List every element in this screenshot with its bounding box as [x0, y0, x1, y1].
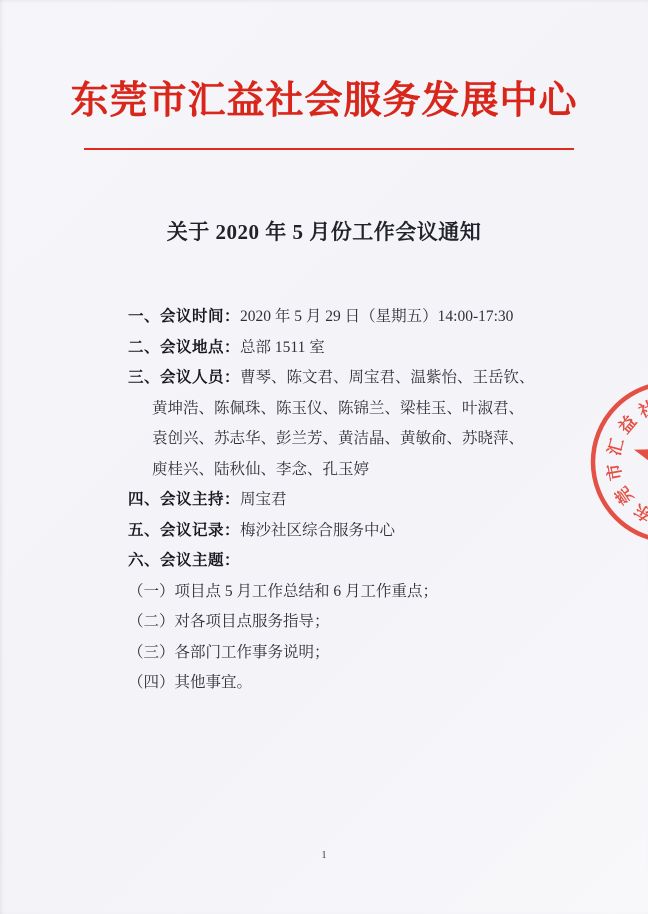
letterhead-org-name: 东莞市汇益社会服务发展中心	[0, 82, 648, 120]
attendees-continuation: 黄坤浩、陈佩珠、陈玉仪、陈锦兰、梁桂玉、叶淑君、	[128, 394, 568, 425]
seal-char: 东	[630, 500, 648, 526]
meeting-recorder-line: 五、会议记录：梅沙社区综合服务中心	[128, 516, 568, 547]
attendees-continuation: 庾桂兴、陆秋仙、李念、孔玉婷	[128, 455, 568, 486]
star-icon	[634, 422, 648, 494]
seal-char: 莞	[612, 483, 637, 508]
letterhead-divider	[84, 148, 574, 150]
meeting-recorder-value: 梅沙社区综合服务中心	[240, 522, 395, 539]
meeting-place-label: 二、会议地点：	[128, 339, 240, 356]
meeting-host-value: 周宝君	[240, 491, 287, 508]
meeting-host-label: 四、会议主持：	[128, 491, 240, 508]
seal-char: 益	[614, 411, 640, 437]
meeting-place-line: 二、会议地点：总部 1511 室	[128, 333, 568, 364]
meeting-notice-body: 一、会议时间：2020 年 5 月 29 日（星期五）14:00-17:30 二…	[128, 302, 568, 699]
meeting-time-value: 2020 年 5 月 29 日（星期五）14:00-17:30	[240, 308, 513, 325]
seal-char: 社	[634, 396, 648, 422]
attendees-continuation: 袁创兴、苏志华、彭兰芳、黄洁晶、黄敏俞、苏晓萍、	[128, 424, 568, 455]
agenda-item-1: （一）项目点 5 月工作总结和 6 月工作重点；	[128, 577, 568, 608]
meeting-time-label: 一、会议时间：	[128, 308, 240, 325]
meeting-time-line: 一、会议时间：2020 年 5 月 29 日（星期五）14:00-17:30	[128, 302, 568, 333]
agenda-item-3: （三）各部门工作事务说明；	[128, 638, 568, 669]
meeting-place-value: 总部 1511 室	[240, 339, 325, 356]
page-number: 1	[0, 849, 648, 861]
document-page: 东莞市汇益社会服务发展中心 关于 2020 年 5 月份工作会议通知 一、会议时…	[0, 0, 648, 914]
meeting-recorder-label: 五、会议记录：	[128, 522, 240, 539]
agenda-item-2: （二）对各项目点服务指导；	[128, 607, 568, 638]
official-seal: 东 莞 市 汇 益 社 会 服 务 发 展 中 心	[580, 370, 648, 560]
seal-char: 市	[603, 462, 626, 482]
meeting-host-line: 四、会议主持：周宝君	[128, 485, 568, 516]
agenda-item-4: （四）其他事宜。	[128, 668, 568, 699]
meeting-topic-line: 六、会议主题：	[128, 546, 568, 577]
attendees-value: 曹琴、陈文君、周宝君、温紫怡、王岳钦、	[240, 369, 535, 386]
document-title: 关于 2020 年 5 月份工作会议通知	[0, 216, 648, 246]
seal-char: 汇	[605, 436, 628, 457]
meeting-topic-label: 六、会议主题：	[128, 552, 240, 569]
attendees-label: 三、会议人员：	[128, 369, 240, 386]
attendees-line: 三、会议人员：曹琴、陈文君、周宝君、温紫怡、王岳钦、	[128, 363, 568, 394]
